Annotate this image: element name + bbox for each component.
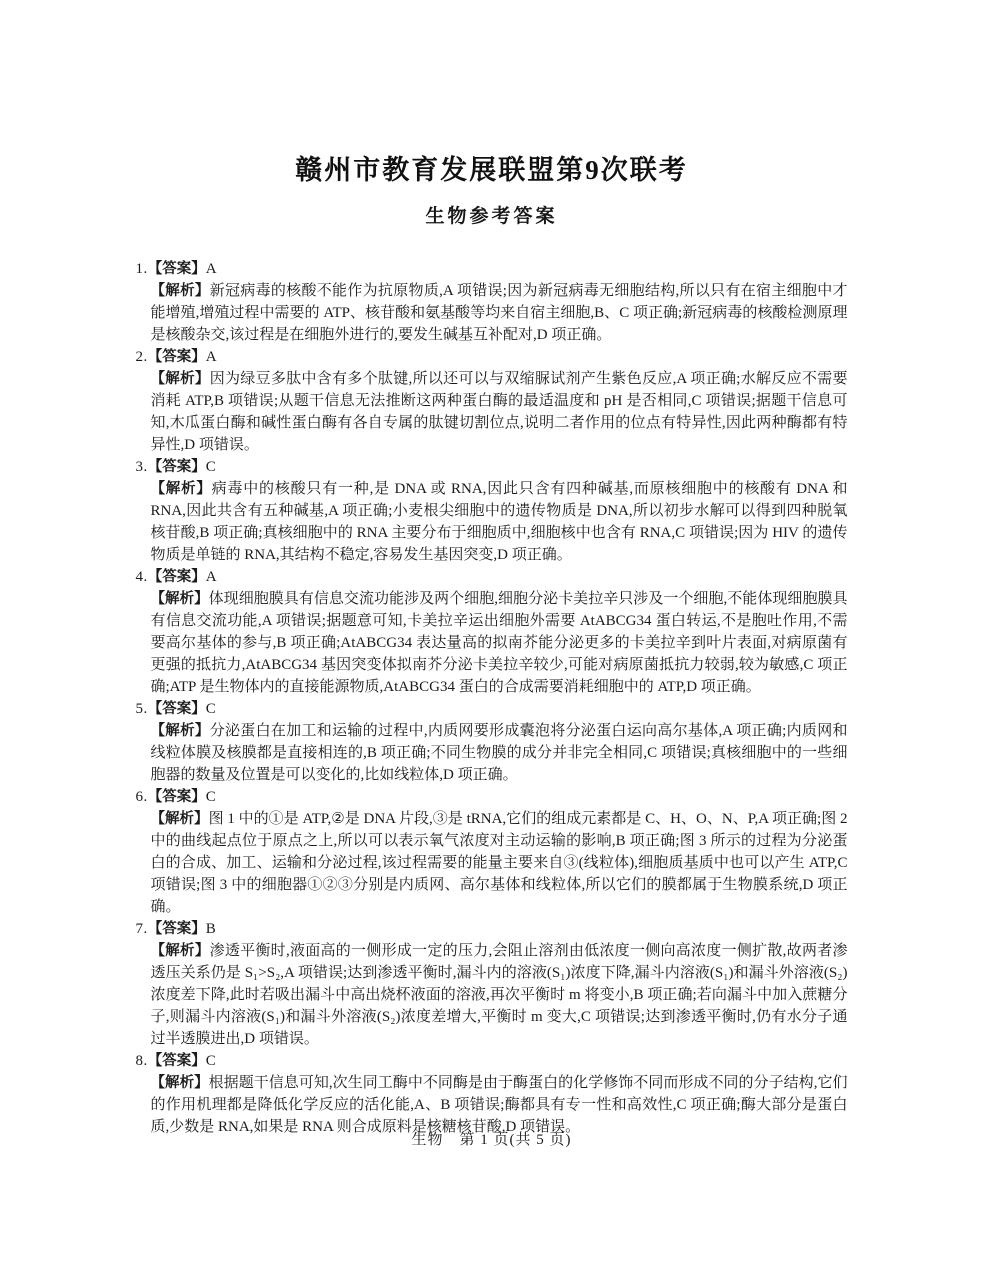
answer-label: 【答案】 [148, 261, 206, 277]
answer-line: 8.【答案】C [136, 1050, 848, 1072]
page-footer: 生物 第 1 页(共 5 页) [0, 1128, 983, 1149]
answer-label: 【答案】 [148, 789, 206, 805]
analysis-label: 【解析】 [151, 723, 210, 739]
answer-line: 1.【答案】A [136, 258, 848, 280]
answer-label: 【答案】 [148, 349, 206, 365]
analysis-text: 因为绿豆多肽中含有多个肽键,所以还可以与双缩脲试剂产生紫色反应,A 项正确;水解… [151, 371, 848, 453]
answer-line: 4.【答案】A [136, 566, 848, 588]
answers-list: 1.【答案】A 【解析】新冠病毒的核酸不能作为抗原物质,A 项错误;因为新冠病毒… [136, 258, 848, 1138]
answer-line: 3.【答案】C [136, 456, 848, 478]
answer-item-1: 1.【答案】A 【解析】新冠病毒的核酸不能作为抗原物质,A 项错误;因为新冠病毒… [136, 258, 848, 346]
answer-line: 7.【答案】B [136, 918, 848, 940]
analysis-paragraph: 【解析】病毒中的核酸只有一种,是 DNA 或 RNA,因此只含有四种碱基,而原核… [151, 478, 848, 566]
answer-value: C [206, 459, 216, 475]
analysis-label: 【解析】 [151, 591, 209, 607]
answer-value: C [206, 1053, 216, 1069]
analysis-paragraph: 【解析】分泌蛋白在加工和运输的过程中,内质网要形成囊泡将分泌蛋白运向高尔基体,A… [151, 720, 848, 786]
answer-label: 【答案】 [148, 1053, 206, 1069]
analysis-text: 图 1 中的①是 ATP,②是 DNA 片段,③是 tRNA,它们的组成元素都是… [151, 811, 848, 915]
answer-item-8: 8.【答案】C 【解析】根据题干信息可知,次生同工酶中不同酶是由于酶蛋白的化学修… [136, 1050, 848, 1138]
analysis-text: 新冠病毒的核酸不能作为抗原物质,A 项错误;因为新冠病毒无细胞结构,所以只有在宿… [151, 283, 848, 343]
answer-label: 【答案】 [148, 569, 206, 585]
analysis-label: 【解析】 [151, 811, 209, 827]
question-number: 1. [136, 261, 148, 277]
analysis-label: 【解析】 [151, 943, 210, 959]
question-number: 2. [136, 349, 148, 365]
answer-item-6: 6.【答案】C 【解析】图 1 中的①是 ATP,②是 DNA 片段,③是 tR… [136, 786, 848, 918]
answer-item-5: 5.【答案】C 【解析】分泌蛋白在加工和运输的过程中,内质网要形成囊泡将分泌蛋白… [136, 698, 848, 786]
question-number: 3. [136, 459, 148, 475]
page-title: 赣州市教育发展联盟第9次联考 [0, 0, 983, 187]
analysis-text: 病毒中的核酸只有一种,是 DNA 或 RNA,因此只含有四种碱基,而原核细胞中的… [151, 481, 848, 563]
answer-label: 【答案】 [148, 921, 206, 937]
analysis-paragraph: 【解析】因为绿豆多肽中含有多个肽键,所以还可以与双缩脲试剂产生紫色反应,A 项正… [151, 368, 848, 456]
answer-line: 5.【答案】C [136, 698, 848, 720]
document-page: 赣州市教育发展联盟第9次联考 生物参考答案 1.【答案】A 【解析】新冠病毒的核… [0, 0, 983, 1267]
question-number: 6. [136, 789, 148, 805]
answer-label: 【答案】 [148, 459, 206, 475]
answer-value: A [206, 569, 217, 585]
answer-label: 【答案】 [148, 701, 206, 717]
analysis-text: 渗透平衡时,液面高的一侧形成一定的压力,会阻止溶剂由低浓度一侧向高浓度一侧扩散,… [151, 943, 848, 1047]
analysis-label: 【解析】 [151, 481, 212, 497]
answer-value: A [206, 261, 217, 277]
answer-item-7: 7.【答案】B 【解析】渗透平衡时,液面高的一侧形成一定的压力,会阻止溶剂由低浓… [136, 918, 848, 1050]
answer-value: C [206, 789, 216, 805]
answer-value: C [206, 701, 216, 717]
analysis-label: 【解析】 [151, 1075, 209, 1091]
answer-item-3: 3.【答案】C 【解析】病毒中的核酸只有一种,是 DNA 或 RNA,因此只含有… [136, 456, 848, 566]
page-subtitle: 生物参考答案 [0, 201, 983, 228]
analysis-paragraph: 【解析】新冠病毒的核酸不能作为抗原物质,A 项错误;因为新冠病毒无细胞结构,所以… [151, 280, 848, 346]
question-number: 8. [136, 1053, 148, 1069]
answer-value: B [206, 921, 216, 937]
answer-item-2: 2.【答案】A 【解析】因为绿豆多肽中含有多个肽键,所以还可以与双缩脲试剂产生紫… [136, 346, 848, 456]
answer-item-4: 4.【答案】A 【解析】体现细胞膜具有信息交流功能涉及两个细胞,细胞分泌卡美拉辛… [136, 566, 848, 698]
analysis-text: 分泌蛋白在加工和运输的过程中,内质网要形成囊泡将分泌蛋白运向高尔基体,A 项正确… [151, 723, 848, 783]
question-number: 7. [136, 921, 148, 937]
answer-value: A [206, 349, 217, 365]
analysis-paragraph: 【解析】渗透平衡时,液面高的一侧形成一定的压力,会阻止溶剂由低浓度一侧向高浓度一… [151, 940, 848, 1050]
analysis-paragraph: 【解析】图 1 中的①是 ATP,②是 DNA 片段,③是 tRNA,它们的组成… [151, 808, 848, 918]
analysis-text: 体现细胞膜具有信息交流功能涉及两个细胞,细胞分泌卡美拉辛只涉及一个细胞,不能体现… [151, 591, 848, 695]
analysis-paragraph: 【解析】体现细胞膜具有信息交流功能涉及两个细胞,细胞分泌卡美拉辛只涉及一个细胞,… [151, 588, 848, 698]
analysis-label: 【解析】 [151, 371, 210, 387]
answer-line: 2.【答案】A [136, 346, 848, 368]
analysis-text: 根据题干信息可知,次生同工酶中不同酶是由于酶蛋白的化学修饰不同而形成不同的分子结… [151, 1075, 848, 1135]
answer-line: 6.【答案】C [136, 786, 848, 808]
analysis-label: 【解析】 [151, 283, 210, 299]
question-number: 4. [136, 569, 148, 585]
question-number: 5. [136, 701, 148, 717]
